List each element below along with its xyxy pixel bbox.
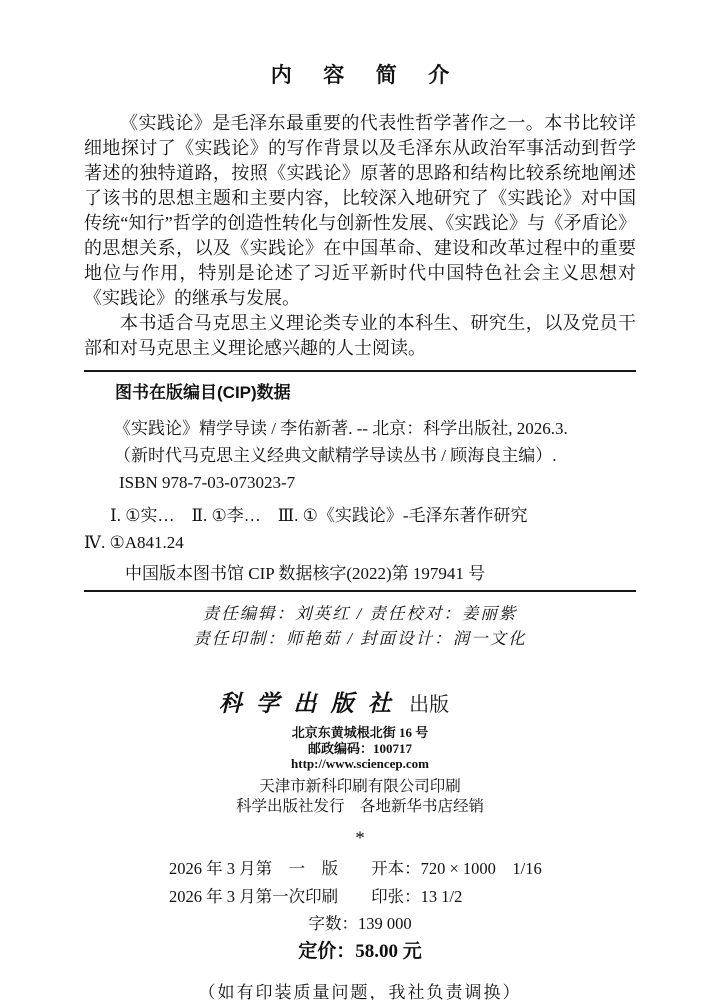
intro-paragraph-1: 《实践论》是毛泽东最重要的代表性哲学著作之一。本书比较详细地探讨了《实践论》的写… (84, 111, 636, 311)
cip-series-statement-line: （新时代马克思主义经典文献精学导读丛书 / 顾海良主编）. (114, 442, 636, 469)
cip-classification-line-2: Ⅳ. ①A841.24 (84, 529, 636, 556)
cip-record-number-line: 中国版本图书馆 CIP 数据核字(2022)第 197941 号 (125, 562, 636, 586)
printing-sheets-line: 2026 年 3 月第一次印刷 印张：13 1/2 (84, 883, 636, 911)
price-line: 定价：58.00 元 (84, 939, 636, 965)
cip-classification-line-1: Ⅰ. ①实… Ⅱ. ①李… Ⅲ. ①《实践论》-毛泽东著作研究 (110, 502, 636, 529)
staff-credits: 责任编辑：刘英红 / 责任校对：姜丽紫 责任印制：师艳茹 / 封面设计：润一文化 (84, 601, 636, 651)
publisher-imprint-line: 科学出版社 出版 (58, 685, 610, 718)
publisher-suffix-label: 出版 (409, 694, 449, 716)
print-quality-note: （如有印装质量问题，我社负责调换） (84, 981, 636, 1000)
publisher-address-line: 北京东黄城根北街 16 号 (84, 725, 636, 741)
edition-printing-block: 2026 年 3 月第 一 版 开本：720 × 1000 1/16 2026 … (84, 855, 636, 911)
separator-asterisk: * (84, 830, 636, 848)
divider-above-cip (84, 370, 636, 372)
cip-isbn-line: ISBN 978-7-03-073023-7 (119, 469, 636, 496)
publisher-website-line: http://www.sciencep.com (84, 756, 636, 772)
printer-line: 天津市新科印刷有限公司印刷 (84, 777, 636, 797)
divider-below-cip (84, 590, 636, 592)
word-count-line: 字数：139 000 (84, 911, 636, 937)
content-summary-title: 内容简介 (84, 64, 636, 88)
book-copyright-page: 内容简介 《实践论》是毛泽东最重要的代表性哲学著作之一。本书比较详细地探讨了《实… (0, 0, 720, 1000)
staff-editor-proofreader-line: 责任编辑：刘英红 / 责任校对：姜丽紫 (84, 601, 636, 626)
cip-heading: 图书在版编目(CIP)数据 (115, 382, 636, 404)
staff-printing-cover-design-line: 责任印制：师艳茹 / 封面设计：润一文化 (84, 626, 636, 651)
intro-paragraph-2: 本书适合马克思主义理论类专业的本科生、研究生，以及党员干部和对马克思主义理论感兴… (84, 311, 636, 361)
publisher-postcode-line: 邮政编码：100717 (84, 741, 636, 757)
science-press-logotype: 科学出版社 (219, 691, 405, 716)
edition-format-line: 2026 年 3 月第 一 版 开本：720 × 1000 1/16 (84, 855, 636, 883)
page-content-column: 内容简介 《实践论》是毛泽东最重要的代表性哲学著作之一。本书比较详细地探讨了《实… (84, 0, 636, 1000)
cip-title-statement-line: 《实践论》精学导读 / 李佑新著. -- 北京：科学出版社, 2026.3. (114, 415, 636, 442)
distribution-line: 科学出版社发行 各地新华书店经销 (84, 797, 636, 817)
cip-section: 图书在版编目(CIP)数据 《实践论》精学导读 / 李佑新著. -- 北京：科学… (84, 382, 636, 586)
